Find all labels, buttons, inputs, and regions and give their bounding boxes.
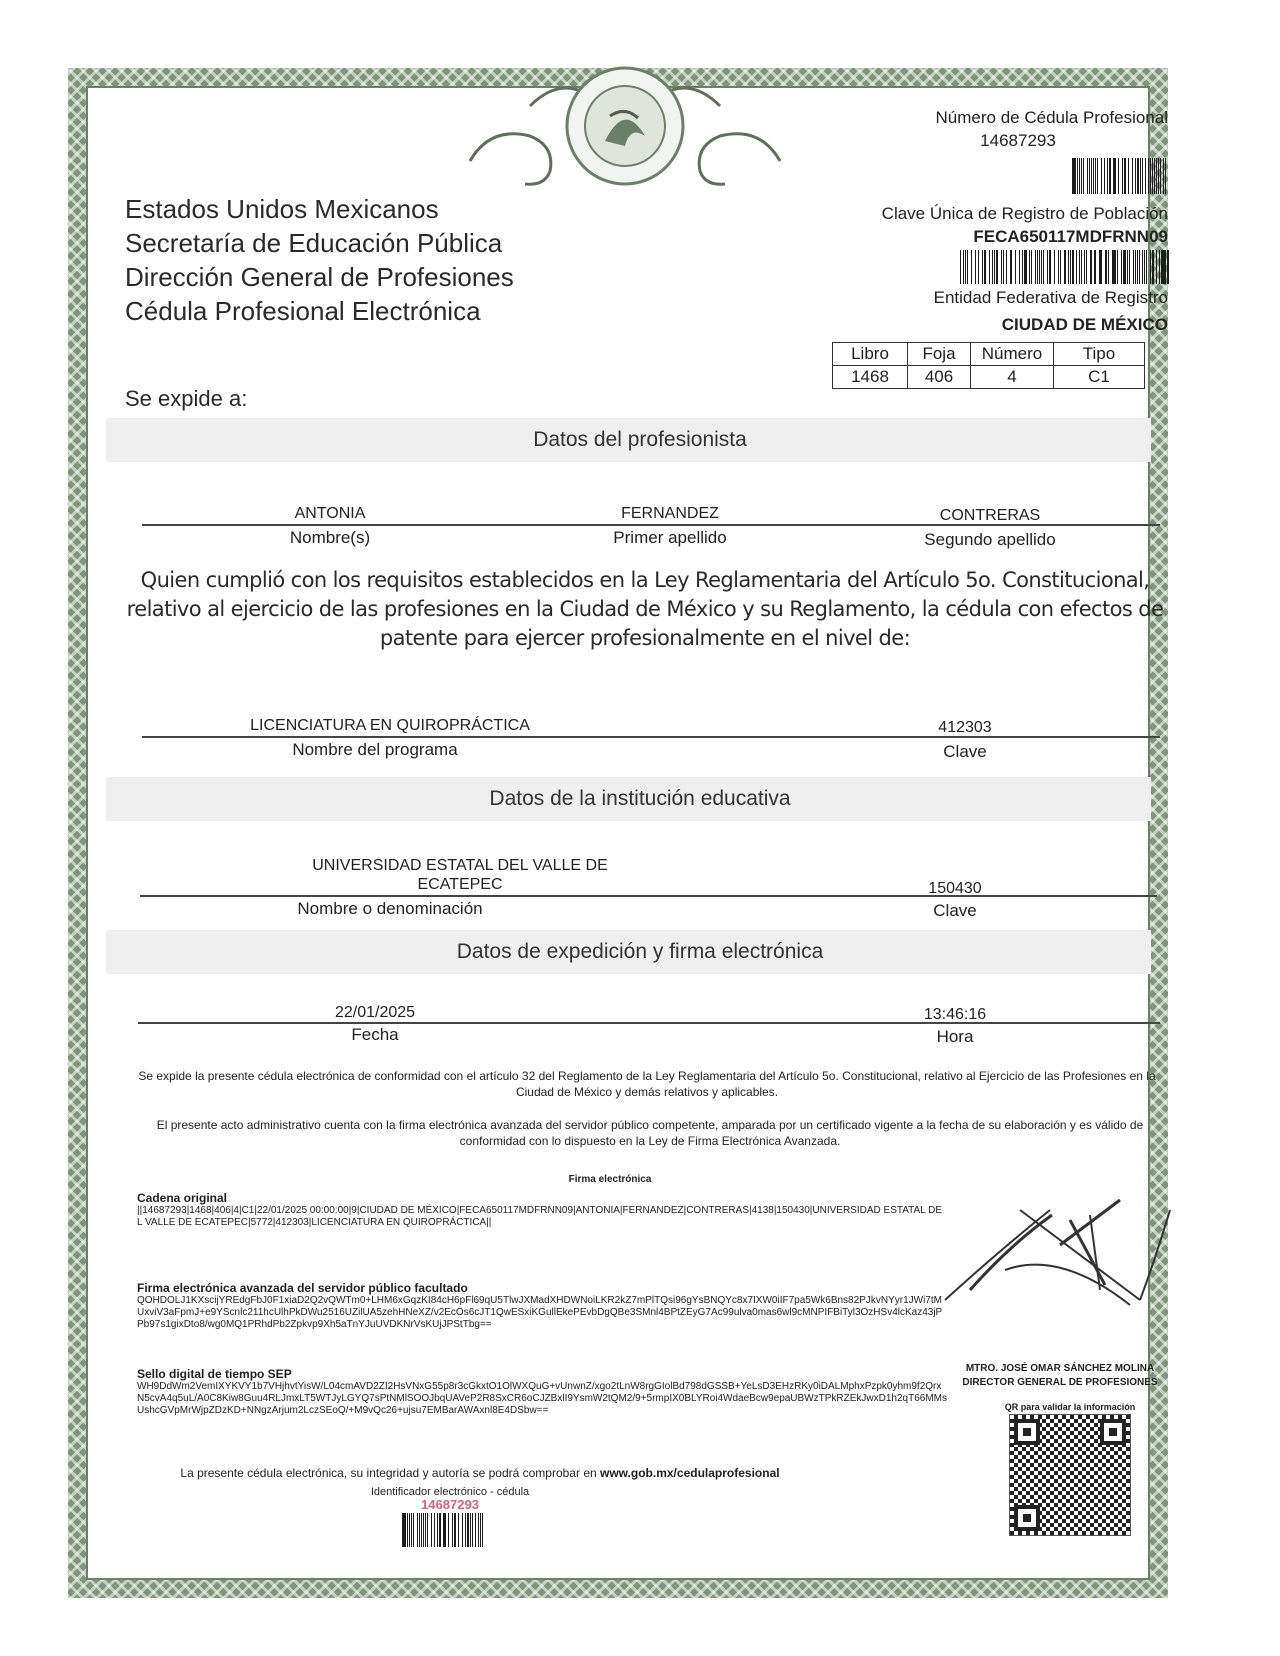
- entidad-label: Entidad Federativa de Registro: [828, 286, 1168, 309]
- qr-finder-icon: [1014, 1505, 1040, 1531]
- second-surname: CONTRERAS: [900, 507, 1080, 525]
- signatory-title: DIRECTOR GENERAL DE PROFESIONES: [930, 1376, 1190, 1390]
- registry-header-foja: Foja: [908, 343, 971, 366]
- header-line-country: Estados Unidos Mexicanos: [125, 192, 514, 226]
- registry-block: Número de Cédula Profesional 14687293 Cl…: [828, 106, 1168, 336]
- verify-prefix: La presente cédula electrónica, su integ…: [180, 1466, 600, 1480]
- issued-to-label: Se expide a:: [125, 386, 247, 412]
- registry-header-tipo: Tipo: [1054, 343, 1145, 366]
- qr-label: QR para validar la información: [985, 1402, 1155, 1412]
- qr-finder-icon: [1100, 1419, 1126, 1445]
- program-code: 412303: [900, 719, 1030, 737]
- issue-date-label: Fecha: [310, 1025, 440, 1045]
- signatory-name: MTRO. JOSÉ OMAR SÁNCHEZ MOLINA: [930, 1362, 1190, 1376]
- institution-name-line1: UNIVERSIDAD ESTATAL DEL VALLE DE: [270, 857, 650, 875]
- legal-paragraph-2: El presente acto administrativo cuenta c…: [150, 1117, 1150, 1149]
- registry-value-tipo: C1: [1054, 366, 1145, 389]
- first-surname-label: Primer apellido: [570, 528, 770, 548]
- institution-code-label: Clave: [890, 901, 1020, 921]
- header-line-directorate: Dirección General de Profesiones: [125, 260, 514, 294]
- cadena-original-value: ||14687293|1468|406|4|C1|22/01/2025 00:0…: [137, 1205, 947, 1229]
- section-title-expedicion: Datos de expedición y firma electrónica: [0, 940, 1280, 964]
- section-title-profesionista: Datos del profesionista: [0, 428, 1280, 452]
- program-code-label: Clave: [900, 742, 1030, 762]
- sello-digital-label: Sello digital de tiempo SEP: [137, 1368, 947, 1381]
- header-line-ministry: Secretaría de Educación Pública: [125, 226, 514, 260]
- curp-label: Clave Única de Registro de Población: [828, 202, 1168, 225]
- first-surname: FERNANDEZ: [570, 505, 770, 523]
- issue-date: 22/01/2025: [310, 1004, 440, 1022]
- institution-name-line2: ECATEPEC: [370, 876, 550, 894]
- firma-avanzada-block: Firma electrónica avanzada del servidor …: [137, 1282, 947, 1331]
- section-title-institucion: Datos de la institución educativa: [0, 787, 1280, 811]
- registry-value-libro: 1468: [833, 366, 908, 389]
- program-name: LICENCIATURA EN QUIROPRÁCTICA: [200, 717, 580, 735]
- identificador-value: 14687293: [370, 1497, 530, 1512]
- verify-url-link[interactable]: www.gob.mx/cedulaprofesional: [600, 1466, 780, 1480]
- cadena-original-block: Cadena original ||14687293|1468|406|4|C1…: [137, 1192, 947, 1229]
- identificador-barcode-icon: [355, 1513, 530, 1547]
- program-name-label: Nombre del programa: [250, 740, 500, 760]
- issuer-header: Estados Unidos Mexicanos Secretaría de E…: [125, 192, 514, 328]
- firma-avanzada-value: QOHDOLJ1KXscijYREdgFbJ0F1xiaD2Q2vQWTm0+L…: [137, 1295, 947, 1331]
- first-name: ANTONIA: [240, 505, 420, 523]
- cedula-barcode-icon: [828, 158, 1168, 194]
- firma-avanzada-label: Firma electrónica avanzada del servidor …: [137, 1282, 947, 1295]
- rule-profesionista: [142, 524, 1160, 526]
- qr-finder-icon: [1014, 1419, 1040, 1445]
- issue-time-label: Hora: [890, 1027, 1020, 1047]
- entidad-value: CIUDAD DE MÉXICO: [828, 313, 1168, 336]
- cedula-number: 14687293: [828, 129, 1168, 152]
- header-line-document-type: Cédula Profesional Electrónica: [125, 294, 514, 328]
- rule-programa: [142, 736, 1160, 738]
- registry-header-numero: Número: [971, 343, 1054, 366]
- first-name-label: Nombre(s): [240, 528, 420, 548]
- handwritten-signature-icon: [940, 1190, 1180, 1340]
- registry-table: Libro Foja Número Tipo 1468 406 4 C1: [832, 342, 1145, 389]
- rule-expedicion: [138, 1022, 1160, 1024]
- institution-name-label: Nombre o denominación: [270, 899, 510, 919]
- curp-barcode-icon: [828, 250, 1168, 284]
- cedula-number-label: Número de Cédula Profesional: [828, 106, 1168, 129]
- registry-value-numero: 4: [971, 366, 1054, 389]
- curp-value: FECA650117MDFRNN09: [828, 225, 1168, 248]
- firma-heading: Firma electrónica: [500, 1172, 720, 1188]
- verify-text: La presente cédula electrónica, su integ…: [140, 1465, 820, 1481]
- qr-code-icon[interactable]: [1010, 1415, 1130, 1535]
- second-surname-label: Segundo apellido: [890, 530, 1090, 550]
- national-seal-icon: [460, 66, 790, 196]
- sello-digital-block: Sello digital de tiempo SEP WH9DdWm2VemI…: [137, 1368, 947, 1417]
- statement-paragraph: Quien cumplió con los requisitos estable…: [110, 566, 1180, 653]
- registry-header-libro: Libro: [833, 343, 908, 366]
- sello-digital-value: WH9DdWm2VemIXYKVY1b7VHjhvtYisW/L04cmAVD2…: [137, 1381, 947, 1417]
- signatory-block: MTRO. JOSÉ OMAR SÁNCHEZ MOLINA DIRECTOR …: [930, 1362, 1190, 1390]
- cadena-original-label: Cadena original: [137, 1192, 947, 1205]
- rule-institucion: [140, 895, 1157, 897]
- legal-paragraph-1: Se expide la presente cédula electrónica…: [132, 1068, 1162, 1100]
- registry-value-foja: 406: [908, 366, 971, 389]
